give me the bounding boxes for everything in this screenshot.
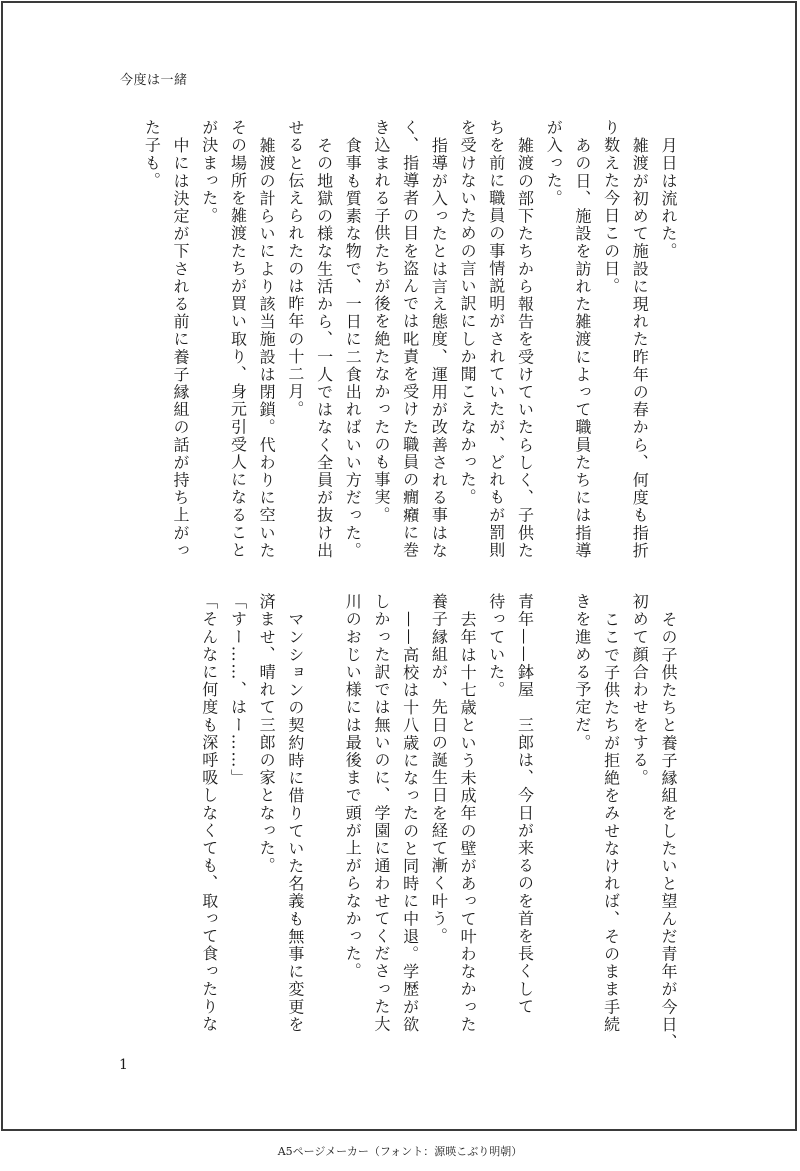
text-line: 養子縁組が、先日の誕生日を経て漸く叶う。 (424, 593, 453, 1023)
text-line: 去年は十七歳という未成年の壁があって叶わなかった (452, 593, 481, 1023)
manuscript-page: 今度は一緒 月日は流れた。 雑渡が初めて施設に現れた昨年の春から、何度も指折 り… (1, 1, 797, 1131)
text-block-bottom: その子供たちと養子縁組をしたいと望んだ青年が今日、 初めて顔合わせをする。 ここ… (194, 593, 682, 1023)
text-line: が入った。 (538, 119, 567, 549)
text-line: せると伝えられたのは昨年の十二月。 (280, 119, 309, 549)
text-line: しかった訳では無いのに、学園に通わせてくださった大 (366, 593, 395, 1023)
text-line: 済ませ、晴れて三郎の家となった。 (251, 593, 280, 1023)
text-line: 雑渡の部下たちから報告を受けていたらしく、子供た (510, 119, 539, 549)
blank-line (538, 593, 567, 1023)
text-block-top: 月日は流れた。 雑渡が初めて施設に現れた昨年の春から、何度も指折 り数えた今日こ… (137, 119, 682, 549)
page-number: 1 (119, 1057, 128, 1073)
text-line: 「そんなに何度も深呼吸しなくても、取って食ったりな (194, 593, 223, 1023)
text-line: 川のおじい様には最後まで頭が上がらなかった。 (338, 593, 367, 1023)
text-line: その子供たちと養子縁組をしたいと望んだ青年が今日、 (653, 593, 682, 1023)
text-line: ここで子供たちが拒絶をみせなければ、そのまま手続 (596, 593, 625, 1023)
text-line: その場所を雑渡たちが買い取り、身元引受人になること (223, 119, 252, 549)
text-line: ——高校は十八歳になったのと同時に中退。学歴が欲 (395, 593, 424, 1023)
text-line: た子も。 (137, 119, 166, 549)
text-line: く、指導者の目を盗んでは叱責を受けた職員の癇癪に巻 (395, 119, 424, 549)
text-line: きを進める予定だ。 (567, 593, 596, 1023)
text-line: 青年——鉢屋 三郎は、今日が来るのを首を長くして (510, 593, 539, 1023)
text-line: あの日、施設を訪れた雑渡によって職員たちには指導 (567, 119, 596, 549)
text-line: 待っていた。 (481, 593, 510, 1023)
text-line: マンションの契約時に借りていた名義も無事に変更を (280, 593, 309, 1023)
text-line: り数えた今日この日。 (596, 119, 625, 549)
text-line: を受けないための言い訳にしか聞こえなかった。 (452, 119, 481, 549)
text-line: ちを前に職員の事情説明がされていたが、どれもが罰則 (481, 119, 510, 549)
text-line: き込まれる子供たちが後を絶たなかったのも事実。 (366, 119, 395, 549)
text-line: 食事も質素な物で、一日に二食出ればいい方だった。 (338, 119, 367, 549)
footer-caption: A5ページメーカー（フォント：源暎こぶり明朝） (0, 1143, 800, 1159)
text-line: 月日は流れた。 (653, 119, 682, 549)
text-line: 「すー……、はー……」 (223, 593, 252, 1023)
text-line: 中には決定が下される前に養子縁組の話が持ち上がっ (165, 119, 194, 549)
running-title: 今度は一緒 (120, 69, 188, 88)
text-line: 指導が入ったとは言え態度、運用が改善される事はな (424, 119, 453, 549)
text-line: 雑渡が初めて施設に現れた昨年の春から、何度も指折 (625, 119, 654, 549)
text-line: その地獄の様な生活から、一人ではなく全員が抜け出 (309, 119, 338, 549)
text-line: が決まった。 (194, 119, 223, 549)
text-line: 初めて顔合わせをする。 (625, 593, 654, 1023)
blank-line (309, 593, 338, 1023)
text-line: 雑渡の計らいにより該当施設は閉鎖。代わりに空いた (251, 119, 280, 549)
